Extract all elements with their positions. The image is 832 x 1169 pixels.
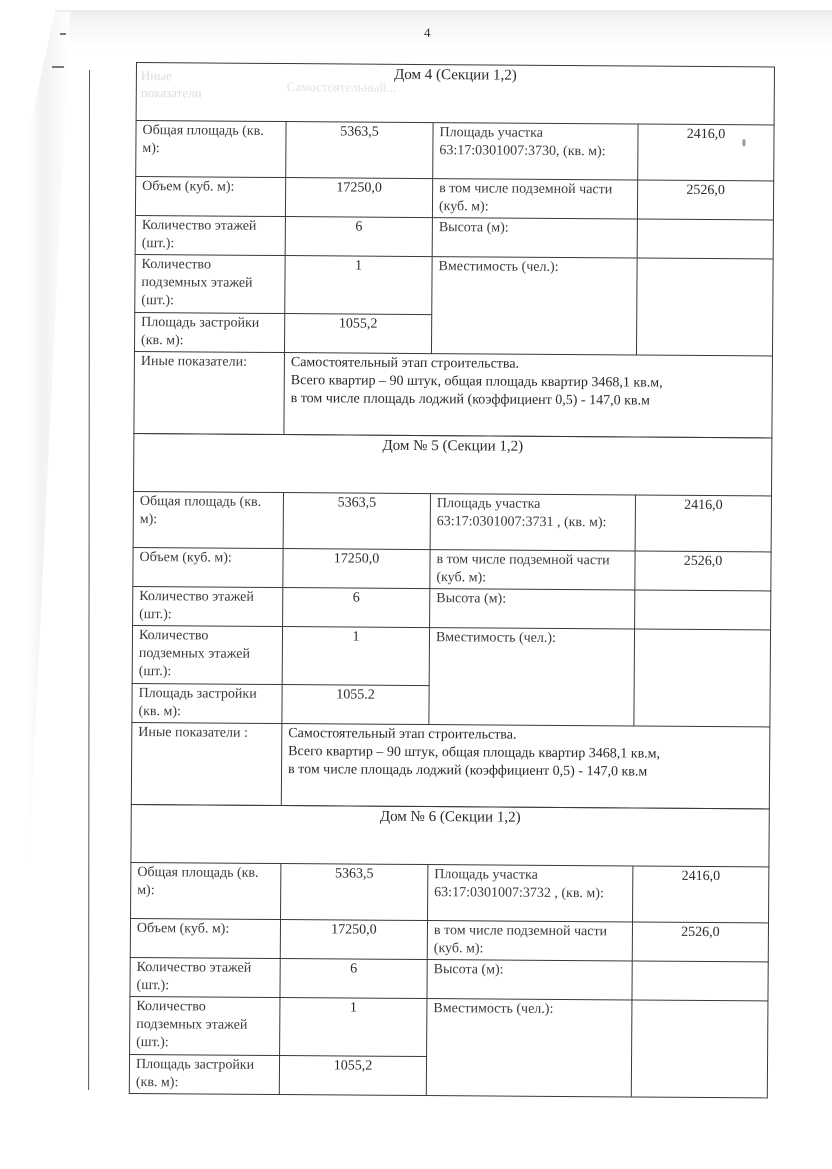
value-floors: 6 — [280, 959, 427, 999]
value-floors: 6 — [283, 588, 430, 628]
label-height: Высота (м): — [430, 589, 635, 629]
label-volume: Объем (куб. м): — [135, 177, 285, 217]
value-height — [635, 590, 771, 630]
label-floors: Количество этажей (шт.): — [135, 215, 285, 255]
label-underground-floors: Количество подземных этажей (шт.): — [132, 625, 282, 684]
bleed-through-text: Самостоятельный... — [287, 78, 396, 97]
other-indicators-text: Самостоятельный этап строительства. Всег… — [281, 724, 770, 809]
scan-mark — [60, 33, 66, 35]
page-number: 4 — [424, 25, 431, 41]
label-plot-area: Площадь участка 63:17:0301007:3730, (кв.… — [433, 123, 638, 180]
label-underground-volume: в том числе подземной части (куб. м): — [432, 179, 637, 219]
value-height — [637, 219, 773, 259]
scan-top-shade — [55, 10, 832, 50]
value-volume: 17250,0 — [280, 920, 427, 960]
value-underground-volume: 2526,0 — [632, 922, 768, 962]
label-underground-volume: в том числе подземной части (куб. м): — [427, 921, 632, 961]
value-underground-volume: 2526,0 — [635, 551, 771, 591]
label-other-indicators: Иные показатели: — [134, 351, 285, 434]
house-block-6: Дом № 6 (Секции 1,2) Общая площадь (кв. … — [129, 804, 770, 1098]
scan-page-edge — [0, 0, 70, 1169]
label-building-area: Площадь застройки (кв. м): — [132, 683, 282, 723]
house-title: Дом № 6 (Секции 1,2) — [131, 804, 769, 866]
scan-mark — [52, 66, 64, 68]
value-plot-area: 2416,0 — [638, 124, 774, 181]
value-capacity — [636, 258, 773, 356]
label-building-area: Площадь застройки (кв. м): — [129, 1054, 279, 1094]
value-capacity — [631, 1000, 768, 1098]
label-height: Высота (м): — [432, 218, 637, 258]
other-indicators-text: Самостоятельный этап строительства. Всег… — [284, 353, 773, 438]
label-underground-floors: Количество подземных этажей (шт.): — [135, 254, 285, 313]
value-underground-floors: 1 — [285, 256, 432, 315]
value-height — [632, 961, 768, 1001]
label-capacity: Вместимость (чел.): — [429, 628, 635, 726]
value-volume: 17250,0 — [283, 549, 430, 589]
value-building-area: 1055,2 — [284, 314, 431, 354]
label-volume: Объем (куб. м): — [130, 918, 280, 958]
house-title: Дом № 5 (Секции 1,2) — [134, 433, 772, 495]
value-underground-floors: 1 — [280, 998, 427, 1057]
value-total-area: 5363,5 — [286, 122, 433, 179]
document-table: Иныепоказатели Самостоятельный... Дом 4 … — [129, 62, 774, 1098]
value-total-area: 5363,5 — [281, 864, 428, 921]
label-building-area: Площадь застройки (кв. м): — [134, 312, 284, 352]
value-total-area: 5363,5 — [283, 493, 430, 550]
label-floors: Количество этажей (шт.): — [133, 586, 283, 626]
label-underground-floors: Количество подземных этажей (шт.): — [130, 996, 280, 1055]
value-building-area: 1055.2 — [282, 685, 429, 725]
value-plot-area: 2416,0 — [633, 866, 769, 923]
label-capacity: Вместимость (чел.): — [426, 999, 632, 1097]
label-plot-area: Площадь участка 63:17:0301007:3731 , (кв… — [430, 494, 635, 551]
house-title: Иныепоказатели Самостоятельный... Дом 4 … — [136, 63, 774, 125]
value-floors: 6 — [285, 217, 432, 257]
label-floors: Количество этажей (шт.): — [130, 957, 280, 997]
value-volume: 17250,0 — [285, 178, 432, 218]
value-plot-area: 2416,0 — [635, 495, 771, 552]
label-volume: Объем (куб. м): — [133, 547, 283, 587]
label-underground-volume: в том числе подземной части (куб. м): — [430, 550, 635, 590]
value-building-area: 1055,2 — [279, 1056, 426, 1096]
label-total-area: Общая площадь (кв. м): — [136, 121, 286, 178]
house-block-4: Иныепоказатели Самостоятельный... Дом 4 … — [133, 62, 775, 438]
house-block-5: Дом № 5 (Секции 1,2) Общая площадь (кв. … — [131, 433, 773, 809]
value-capacity — [634, 629, 771, 727]
value-underground-floors: 1 — [282, 627, 429, 686]
margin-line — [88, 70, 90, 1090]
label-other-indicators: Иные показатели : — [131, 722, 282, 805]
value-underground-volume: 2526,0 — [637, 180, 773, 220]
label-height: Высота (м): — [427, 960, 632, 1000]
label-capacity: Вместимость (чел.): — [431, 257, 637, 355]
label-total-area: Общая площадь (кв. м): — [133, 491, 283, 548]
bleed-through-text: Иныепоказатели — [141, 67, 202, 101]
label-total-area: Общая площадь (кв. м): — [131, 862, 281, 919]
scan-speck — [742, 139, 745, 146]
label-plot-area: Площадь участка 63:17:0301007:3732 , (кв… — [428, 865, 633, 922]
